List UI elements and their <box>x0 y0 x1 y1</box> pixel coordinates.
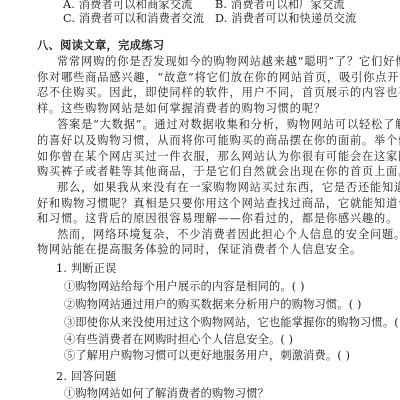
article-line: 购买裤子或者鞋等其他商品，于是它们自然就会出现在你的首页上面。 <box>37 165 400 179</box>
article-line: 常常网购的你是否发现如今的购物网站越来越“聪明”了？它们好像知道 <box>57 55 400 69</box>
article-line: 和习惯。这背后的原因很容易理解——你看过的，都是你感兴趣的。 <box>37 212 398 226</box>
article-line: 样。这些购物网站是如何掌握消费者的购物习惯的呢？ <box>37 102 326 116</box>
option-b: B. 消费者可以和厂家交流 <box>215 0 345 12</box>
true-false-item: ②购物网站通过用户的购买数据来分析用户的购物习惯。( ) <box>64 298 362 312</box>
article-line: 的喜好以及购物习惯，从而将你可能购买的商品摆在你的面前。举个例子，比 <box>37 134 400 148</box>
true-false-item: ⑤了解用户购物习惯可以更好地服务用户，刺激消费。( ) <box>64 349 350 363</box>
article-line: 然而，网络环境复杂，不少消费者因此担心个人信息的安全问题。希望购 <box>57 228 400 242</box>
article-line: 如你曾在某个网店买过一件衣服，那么网站认为你很有可能会在这家网店继续 <box>37 150 400 164</box>
option-a: A. 消费者可以和商家交流 <box>63 0 193 12</box>
option-c: C. 消费者可以和消费者交流 <box>63 12 204 26</box>
article-line: 那么，如果我从来没有在一家购物网站买过东西，它是否还能知道我的喜 <box>57 181 400 195</box>
section-heading: 八、阅读文章，完成练习 <box>37 39 164 53</box>
option-d: D. 消费者可以和快递员交流 <box>215 12 357 26</box>
true-false-item: ④有些消费者在网购时担心个人信息安全。( ) <box>64 333 293 347</box>
article-line: 忍不住购买。因此，即使同样的软件，用户不同，首页展示的内容也不完全一 <box>37 86 400 100</box>
article-line: 物网站能在提高服务体验的同时，保证消费者个人信息安全。 <box>37 243 362 257</box>
part1-title: 1. 判断正误 <box>56 262 116 276</box>
answer-question-item: ①购物网站如何了解消费者的购物习惯？ <box>64 387 269 400</box>
article-line: 答案是“大数据”。通过对数据收集和分析，购物网站可以轻松了解用户 <box>57 118 400 132</box>
true-false-item: ③即使你从来没使用过这个购物网站，它也能掌握你的购物习惯。( ) <box>64 316 400 330</box>
article-line: 你对哪些商品感兴趣，“故意”将它们放在你的网站首页，吸引你点开，让你 <box>37 71 400 85</box>
part2-title: 2. 回答问题 <box>56 370 116 384</box>
article-line: 好和购物习惯呢？真相是只要你用这个网站查找过商品，它就能知道你的喜好 <box>37 197 400 211</box>
true-false-item: ①购物网站给每个用户展示的内容是相同的。( ) <box>64 280 305 294</box>
